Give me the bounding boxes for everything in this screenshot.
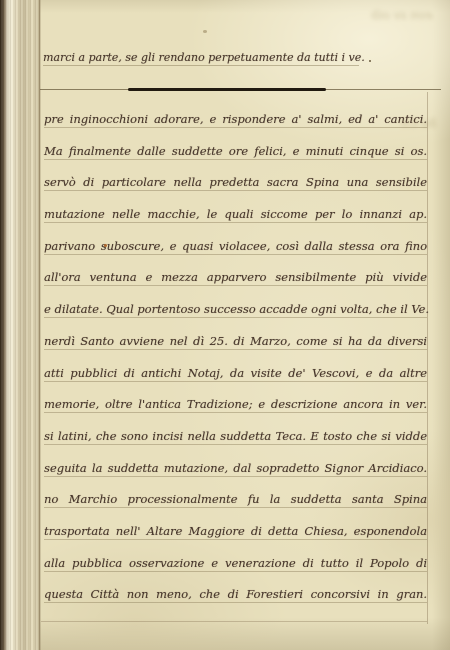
bottom-margin-rule [41,621,427,622]
page-fold-line [39,0,41,650]
manuscript-line: no Marchio processionalmente fu la sudde… [44,483,427,515]
right-margin-rule [427,92,428,624]
manuscript-line: Ma finalmente dalle suddette ore felici,… [44,135,427,167]
section-divider-rule [40,89,441,90]
manuscript-line: questa Città non meno, che di Forestieri… [44,578,427,610]
manuscript-header-line: marci a parte, se gli rendano perpetuame… [43,42,359,72]
manuscript-paragraph: pre inginocchioni adorare, e rispondere … [44,103,427,610]
manuscript-line: trasportata nell' Altare Maggiore di det… [44,515,427,547]
book-binding-edge [0,0,40,650]
ink-speck [104,244,107,247]
manuscript-line: pre inginocchioni adorare, e rispondere … [44,103,427,135]
manuscript-line: mutazione nelle macchie, le quali siccom… [44,198,427,230]
manuscript-line: seguita la suddetta mutazione, dal sopra… [44,452,427,484]
show-through-ghost-text: ba Co [401,116,436,130]
paper-stain [203,30,207,33]
manuscript-line: memorie, oltre l'antica Tradizione; e de… [44,388,427,420]
manuscript-line: e dilatate. Qual portentoso successo acc… [44,293,427,325]
manuscript-line: si latini, che sono incisi nella suddett… [44,420,427,452]
manuscript-line: nerdì Santo avviene nel dì 25. di Marzo,… [44,325,427,357]
manuscript-line: servò di particolare nella predetta sacr… [44,166,427,198]
manuscript-line: parivano suboscure, e quasi violacee, co… [44,230,427,262]
show-through-ghost-text: eon sv oib [371,8,432,22]
divider-ink-stroke [128,88,326,91]
manuscript-line: all'ora ventuna e mezza apparvero sensib… [44,261,427,293]
manuscript-line: atti pubblici di antichi Notaj, da visit… [44,357,427,389]
ink-speck [369,60,371,62]
manuscript-line: alla pubblica osservazione e venerazione… [44,547,427,579]
manuscript-scan-page: marci a parte, se gli rendano perpetuame… [0,0,450,650]
